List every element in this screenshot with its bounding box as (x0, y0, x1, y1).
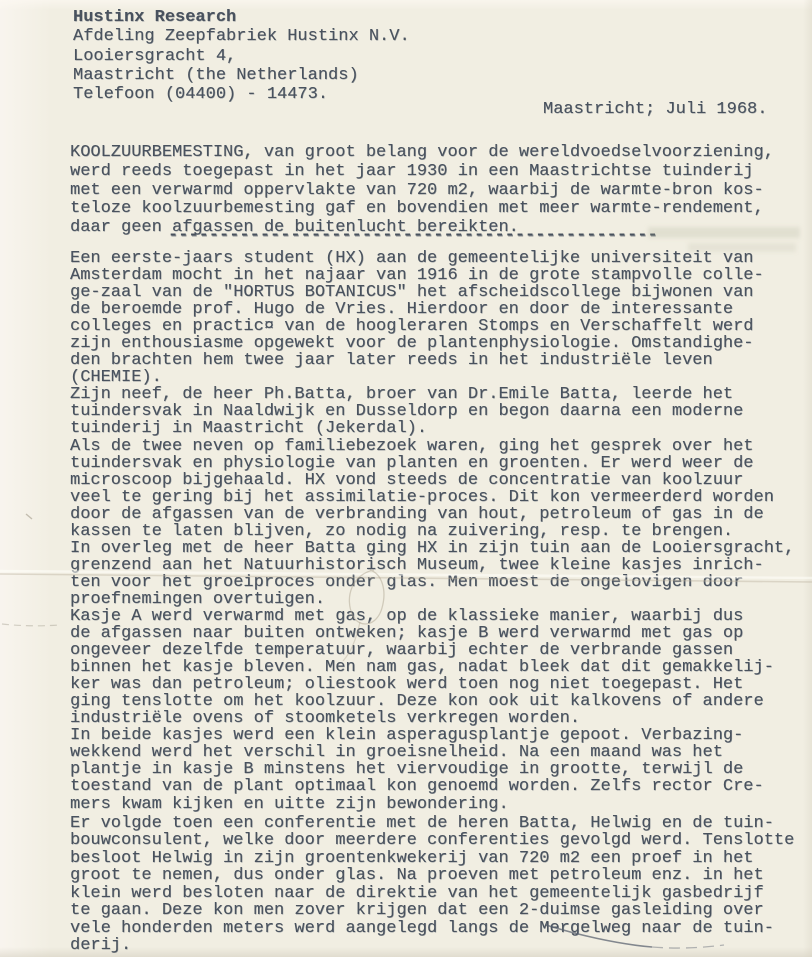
text-line: Amsterdam mocht in het najaar van 1916 i… (70, 267, 794, 284)
pencil-tick (26, 514, 32, 519)
paper-edge-right (803, 0, 812, 957)
letterhead-company-name: Hustinx Research (73, 8, 410, 27)
text-line: Als de twee neven op familiebezoek waren… (70, 438, 794, 455)
text-line: binnen het kasje bleven. Men nam gas, na… (70, 659, 794, 676)
letterhead-street: Looiersgracht 4, (73, 47, 410, 66)
text-line: veel te gering bij het assimilatie-proce… (70, 489, 794, 506)
text-line: klein werd besloten naar de direktie van… (70, 885, 794, 902)
text-line: mers kwam kijken en uitte zijn bewonderi… (70, 796, 794, 813)
text-line: tuinderij in Maastricht (Jekerdal). (70, 420, 794, 437)
text-line: ging tenslotte om het koolzuur. Deze kon… (70, 693, 794, 710)
text-line: derij. (70, 937, 794, 954)
text-line: Kasje A werd verwarmd met gas, op de kla… (70, 608, 794, 625)
letterhead-phone: Telefoon (04400) - 14473. (73, 85, 410, 104)
text-line: Zijn neef, de heer Ph.Batta, broer van D… (70, 386, 794, 403)
text-line: KOOLZUURBEMESTING, van groot belang voor… (70, 144, 774, 163)
text-line: te gaan. Deze kon men zover krijgen dat … (70, 902, 794, 919)
text-line: tuindersvak in Naaldwijk en Dusseldorp e… (70, 403, 794, 420)
text-line: toestand van de plant optimaal kon genoe… (70, 778, 794, 795)
letterhead-city: Maastricht (the Netherlands) (73, 66, 410, 85)
letterhead: Hustinx Research Afdeling Zeepfabriek Hu… (73, 8, 410, 104)
text-line: industriële ovens of stoomketels verkreg… (70, 710, 794, 727)
text-line: (CHEMIE). (70, 369, 794, 386)
text-line: Er volgde toen een conferentie met de he… (70, 815, 794, 832)
text-line: grenzend aan het Natuurhistorisch Museum… (70, 557, 794, 574)
text-line: werd reeds toegepast in het jaar 1930 in… (70, 163, 774, 182)
paper-edge-left (0, 0, 52, 957)
text-line: wekkend werd het verschil in groeisnelhe… (70, 744, 794, 761)
text-line: ongeveer dezelfde temperatuur, waarbij e… (70, 642, 794, 659)
dateline: Maastricht; Juli 1968. (543, 100, 767, 119)
text-line: de beroemde prof. Hugo de Vries. Hierdoo… (70, 301, 794, 318)
text-line: tuindersvak en physiologie van planten e… (70, 455, 794, 472)
text-line: door de afgassen van de verbranding van … (70, 506, 794, 523)
closing-paragraph: Er volgde toen een conferentie met de he… (70, 815, 794, 955)
text-line: Een eerste-jaars student (HX) aan de gem… (70, 250, 794, 267)
text-line: colleges en practic¤ van de hoogleraren … (70, 318, 794, 335)
text-line: ge-zaal van de "HORTUS BOTANICUS" het af… (70, 284, 794, 301)
text-line: bouwconsulent, welke door meerdere confe… (70, 832, 794, 849)
letterhead-department: Afdeling Zeepfabriek Hustinx N.V. (73, 27, 410, 46)
text-line: de afgassen naar buiten ontweken; kasje … (70, 625, 794, 642)
text-line: plantje in kasje B minstens het viervoud… (70, 761, 794, 778)
text-line: teloze koolzuurbemesting gaf en bovendie… (70, 200, 774, 219)
text-line: met een verwarmd oppervlakte van 720 m2,… (70, 182, 774, 201)
separator-dashes: ----------------------------------------… (168, 227, 658, 245)
main-paragraph: Een eerste-jaars student (HX) aan de gem… (70, 250, 794, 813)
text-line: zijn enthousiasme opgewekt voor de plant… (70, 335, 794, 352)
text-line: groot te nemen, dus onder glas. Na proev… (70, 867, 794, 884)
text-line: ker was dan petroleum; oliestook werd to… (70, 676, 794, 693)
text-line: In beide kasjes werd een klein asperagus… (70, 727, 794, 744)
text-line: In overleg met de heer Batta ging HX in … (70, 540, 794, 557)
margin-crease-dashes (2, 624, 60, 626)
text-line: vele honderden meters werd aangelegd lan… (70, 920, 794, 937)
scanned-letter-page: Hustinx Research Afdeling Zeepfabriek Hu… (0, 0, 812, 957)
text-line: microscoop bijgehaald. HX vond steeds de… (70, 472, 794, 489)
text-line: kassen te laten blijven, zo nodig na zui… (70, 523, 794, 540)
intro-paragraph: KOOLZUURBEMESTING, van groot belang voor… (70, 144, 774, 238)
text-line: ten voor het groeiproces onder glas. Men… (70, 574, 794, 591)
text-line: den brachten hem twee jaar later reeds i… (70, 352, 794, 369)
text-line: besloot Helwig in zijn groentenkwekerij … (70, 850, 794, 867)
text-line: proefnemingen overtuigen. (70, 591, 794, 608)
